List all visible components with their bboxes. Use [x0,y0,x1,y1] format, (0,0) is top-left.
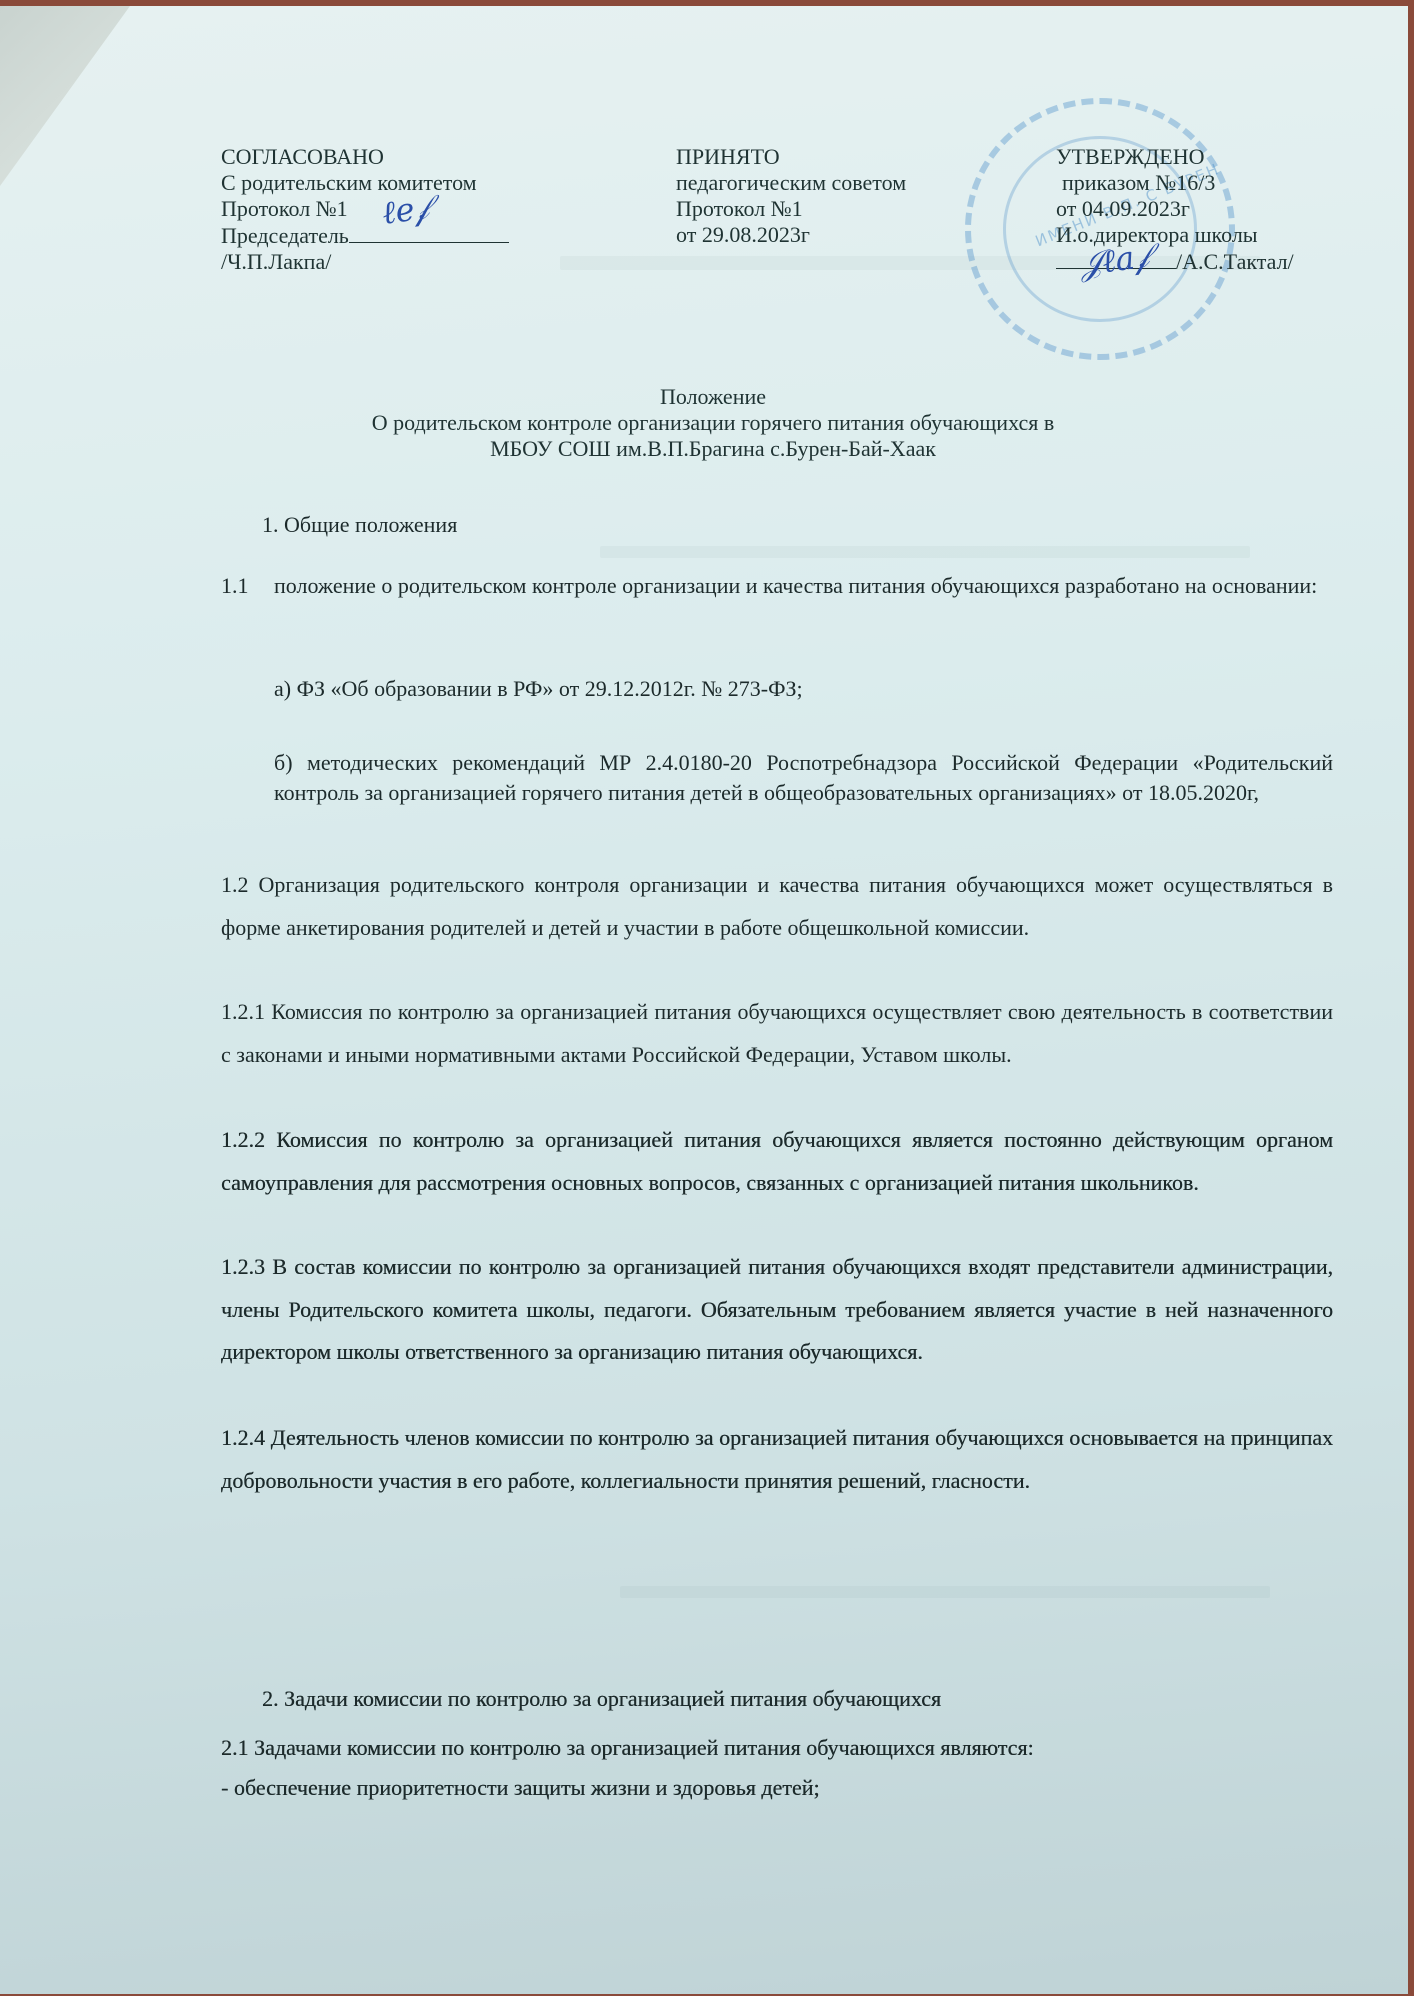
show-through [620,1586,1270,1598]
agreed-line2: Протокол №1 [221,196,509,222]
agreed-signer-row: Председатель [221,222,509,249]
document-title: Положение О родительском контроле органи… [0,384,1408,462]
paragraph-1-1: 1.1 положение о родительском контроле ор… [221,571,1333,601]
agreed-signer-label: Председатель [221,223,349,248]
paragraph-1-2-1: 1.2.1 Комиссия по контролю за организаци… [221,991,1333,1076]
agreed-signer-name: /Ч.П.Лакпа/ [221,249,509,275]
director-signature: 𝒥ℓa𝒻 [1078,239,1151,280]
approval-header: СОГЛАСОВАНО С родительским комитетом Про… [0,144,1408,324]
title-line2: О родительском контроле организации горя… [0,410,1408,436]
list-item-b: б) методических рекомендаций МР 2.4.0180… [274,748,1333,808]
approved-signer-name: /А.С.Тактал/ [1176,249,1294,274]
document-page: ИМЕНИ В.П. С БУРЕН СОГЛАСОВАНО С родител… [0,6,1408,1994]
approved-line2: от 04.09.2023г [1056,196,1294,222]
paragraph-2-1: 2.1 Задачами комиссии по контролю за орг… [221,1728,1034,1768]
agreed-line1: С родительским комитетом [221,170,509,196]
section2-heading: 2. Задачи комиссии по контролю за органи… [262,1686,941,1712]
list-item-a: а) ФЗ «Об образовании в РФ» от 29.12.201… [274,674,1333,704]
paragraph-number: 1.1 [221,571,249,601]
paragraph-1-2-2: 1.2.2 Комиссия по контролю за организаци… [221,1119,1333,1204]
paragraph-1-2-4: 1.2.4 Деятельность членов комиссии по ко… [221,1417,1333,1502]
agreed-heading: СОГЛАСОВАНО [221,144,509,170]
paragraph-1-2-3: 1.2.3 В состав комиссии по контролю за о… [221,1246,1333,1374]
accepted-line2: Протокол №1 [676,196,906,222]
chair-signature: ℓe𝒻 [380,191,431,229]
approved-heading: УТВЕРЖДЕНО [1056,144,1294,170]
paragraph-1-2: 1.2 Организация родительского контроля о… [221,864,1333,949]
title-line3: МБОУ СОШ им.В.П.Брагина с.Бурен-Бай-Хаак [0,436,1408,462]
section2-body: 2.1 Задачами комиссии по контролю за орг… [221,1728,1034,1808]
bullet-item: - обеспечение приоритетности защиты жизн… [221,1768,1034,1808]
show-through [600,546,1250,558]
section1-heading: 1. Общие положения [262,512,457,538]
paragraph-text: положение о родительском контроле органи… [274,571,1333,601]
accepted-line1: педагогическим советом [676,170,906,196]
accepted-line3: от 29.08.2023г [676,222,906,248]
title-line1: Положение [0,384,1408,410]
approval-agreed: СОГЛАСОВАНО С родительским комитетом Про… [221,144,509,275]
approval-accepted: ПРИНЯТО педагогическим советом Протокол … [676,144,906,248]
accepted-heading: ПРИНЯТО [676,144,906,170]
approved-line1: приказом №16/3 [1056,170,1294,196]
